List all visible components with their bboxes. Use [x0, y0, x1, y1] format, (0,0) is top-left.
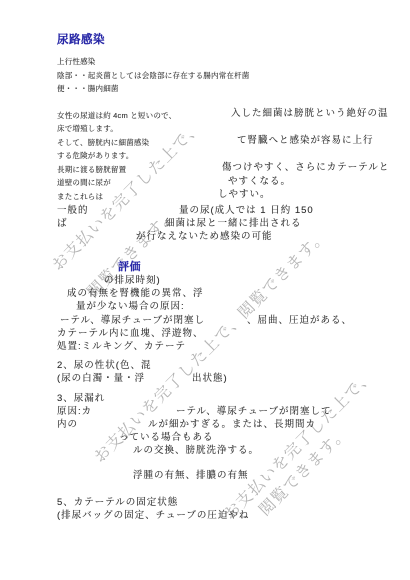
doc-line: 出状態)	[192, 374, 228, 384]
doc-line: しやすい。	[218, 190, 271, 200]
doc-line: またこれらは	[57, 193, 103, 201]
doc-line: 細菌は尿と一緒に排出される	[165, 219, 302, 229]
doc-line: 内の	[57, 420, 78, 430]
section-heading-eval: 評価	[118, 262, 141, 273]
doc-line: 量の尿(成人では 1 日約 150	[179, 206, 314, 216]
doc-line: 原因:カ	[57, 407, 92, 417]
doc-line: 道壁の間に尿が	[57, 179, 111, 187]
doc-line: っている場合もある	[119, 433, 214, 443]
doc-line: て腎臓へと感染が容易に上行	[237, 136, 374, 146]
doc-line: ーテル、導尿チューブが閉塞して	[176, 407, 332, 417]
page-title: 尿路感染	[57, 35, 105, 47]
doc-line: 2、尿の性状(色、混	[57, 361, 151, 371]
doc-line: ルが細かすぎる。または、長期間カ	[148, 420, 316, 430]
doc-line: ルの交換、膀胱洗浄する。	[133, 446, 259, 456]
doc-line: 陰部・・起炎菌としては会陰部に存在する腸内常在杆菌	[57, 72, 250, 80]
doc-line: 上行性感染	[57, 58, 96, 66]
doc-line: 浮腫の有無、排膿の有無	[133, 471, 249, 481]
doc-line: 一般的	[57, 206, 89, 216]
doc-line: ば	[57, 219, 68, 229]
doc-line: そして、膀胱内に細菌感染	[57, 139, 149, 147]
doc-line: 入した細菌は膀胱という絶好の温	[231, 109, 389, 119]
doc-line: 、屈曲、圧迫がある、	[247, 316, 352, 326]
doc-line: 成の有無を腎機能の異常、浮	[67, 289, 204, 299]
doc-line: ーテル、導尿チューブが閉塞し	[60, 316, 205, 326]
doc-line: やすくなる。	[228, 177, 291, 187]
doc-line: 便・・・腸内細菌	[57, 85, 119, 93]
doc-line: (排尿バッグの固定、チューブの圧迫やね	[57, 511, 249, 521]
doc-line: する危険があります。	[57, 152, 133, 160]
scanned-document-page: { "title": "尿路感染", "sections": { "intro"…	[0, 0, 410, 580]
doc-line: 5、カテーテルの固定状態	[57, 498, 178, 508]
doc-line: 処置:ミルキング、カテーテ	[57, 342, 186, 352]
doc-line: 3、尿漏れ	[57, 394, 105, 404]
doc-line: 傷つけやすく、さらにカテーテルと	[222, 163, 389, 173]
doc-line: 女性の尿道は約 4cm と短いので、	[57, 112, 176, 120]
doc-line: が行なえないため感染の可能	[136, 232, 273, 242]
doc-line: 床で増殖します。	[57, 125, 118, 133]
doc-line: の排尿時刻)	[104, 276, 161, 286]
doc-line: カテーテル内に血塊、浮遊物、	[57, 329, 204, 339]
doc-line: 長期に渡る膀胱留置	[57, 166, 126, 174]
doc-line: (尿の白濁・量・浮	[57, 374, 145, 384]
doc-line: 量が少ない場合の原因:	[76, 302, 185, 312]
